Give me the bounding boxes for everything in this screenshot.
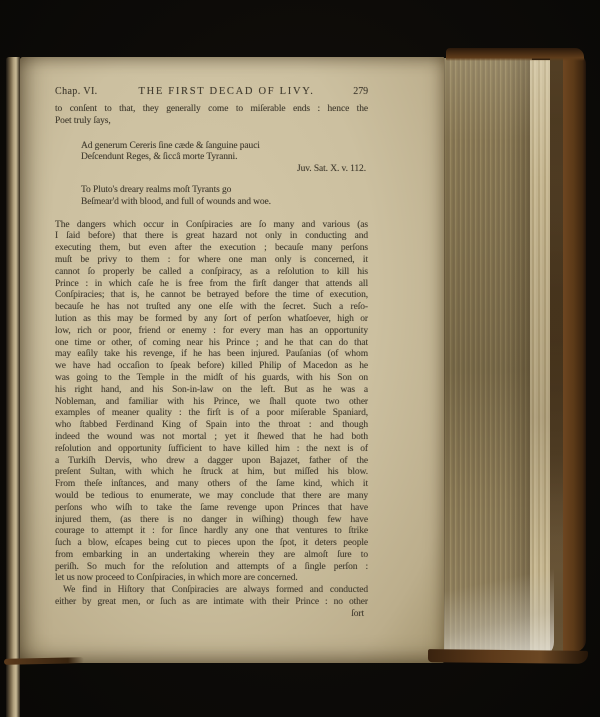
text-line: To Pluto's dreary realms moſt Tyrants go xyxy=(81,185,368,197)
text-line: courage to attempt it : for ſince hardly… xyxy=(55,526,368,538)
text-line: may eaſily take his revenge, if he has b… xyxy=(55,349,368,361)
leather-bottom-edge xyxy=(428,649,588,664)
text-line: one time or other, of coming near his Pr… xyxy=(55,338,368,350)
text-line: reſolution and opportunity ſufficient to… xyxy=(55,444,368,456)
text-line: perſons who wiſh to take the ſame reveng… xyxy=(55,503,368,515)
text-line: lution as this may be formed by any ſort… xyxy=(55,314,368,326)
english-verse: To Pluto's dreary realms moſt Tyrants go… xyxy=(81,185,368,209)
verse-citation: Juv. Sat. X. v. 112. xyxy=(55,164,368,176)
intro-lines: to conſent to that, they generally come … xyxy=(55,104,368,128)
text-line: Nobleman, and familiar with his Prince, … xyxy=(55,397,368,409)
text-line: cannot ſo properly be called a conſpirac… xyxy=(55,267,368,279)
text-line: was going to the Temple in the midſt of … xyxy=(55,373,368,385)
paragraph-2: We find in Hiſtory that Conſpiracies are… xyxy=(55,585,368,609)
leather-top-edge xyxy=(446,48,584,61)
book-fore-edge xyxy=(444,50,586,662)
paragraph-1: The dangers which occur in Conſpiracies … xyxy=(55,220,368,586)
page-header: Chap. VI. THE FIRST DECAD OF LIVY. 279 xyxy=(55,86,368,99)
running-title: THE FIRST DECAD OF LIVY. xyxy=(127,86,326,98)
text-line: would be tedious to enumerate, we may co… xyxy=(55,491,368,503)
text-line: examples of meaner quality : the firſt i… xyxy=(55,408,368,420)
text-line: From theſe inſtances, and many others of… xyxy=(55,479,368,491)
text-line: periſh. So much for the reſolution and a… xyxy=(55,562,368,574)
text-line: Conſpiracies; that is, he cannot be betr… xyxy=(55,290,368,302)
chapter-label: Chap. VI. xyxy=(55,86,127,98)
text-line: Poet truly ſays, xyxy=(55,116,368,128)
text-line: indeed the wound was not mortal ; yet it… xyxy=(55,432,368,444)
text-line: Beſmear'd with blood, and full of wounds… xyxy=(81,197,368,209)
text-line: a Turkiſh Dervis, who drew a dagger upon… xyxy=(55,456,368,468)
text-line: who ſtabbed Ferdinand King of Spain into… xyxy=(55,420,368,432)
leather-cover-edge xyxy=(563,54,586,652)
text-line: The dangers which occur in Conſpiracies … xyxy=(55,220,368,232)
page-number: 279 xyxy=(326,86,368,98)
text-line: I ſaid before) that there is great hazar… xyxy=(55,231,368,243)
page-corner-fan xyxy=(436,558,554,658)
facing-page-edge xyxy=(6,57,20,717)
text-line: muſt be privy to them : for where one ma… xyxy=(55,255,368,267)
latin-verse: Ad generum Cereris ſine cæde & ſanguine … xyxy=(81,141,368,165)
text-line: executing them, but even after the execu… xyxy=(55,243,368,255)
leather-bottom-left-edge xyxy=(4,657,84,665)
text-line: Prince : in which caſe he is free from t… xyxy=(55,279,368,291)
text-line: either by great men, or ſuch as are inti… xyxy=(55,597,368,609)
text-line: from embarking in an undertaking wherein… xyxy=(55,550,368,562)
page-content: Chap. VI. THE FIRST DECAD OF LIVY. 279 t… xyxy=(55,86,368,621)
text-line: ſuch a blow, eſcapes being cut to pieces… xyxy=(55,538,368,550)
text-line: Deſcendunt Reges, & ſiccâ morte Tyranni. xyxy=(81,152,368,164)
photo-background: Chap. VI. THE FIRST DECAD OF LIVY. 279 t… xyxy=(0,0,600,717)
text-line: preſent Sultan, with which he ſtruck at … xyxy=(55,467,368,479)
text-line: his right hand, and his Son-in-law on th… xyxy=(55,385,368,397)
text-line: to conſent to that, they generally come … xyxy=(55,104,368,116)
text-line: injured them, (as there is no danger in … xyxy=(55,515,368,527)
text-line: Ad generum Cereris ſine cæde & ſanguine … xyxy=(81,141,368,153)
book-page: Chap. VI. THE FIRST DECAD OF LIVY. 279 t… xyxy=(20,57,444,663)
text-line: becauſe he has not truſted any one elſe … xyxy=(55,302,368,314)
text-line: let us now proceed to Conſpiracies, in w… xyxy=(55,573,368,585)
text-line: We find in Hiſtory that Conſpiracies are… xyxy=(55,585,368,597)
text-line: low, rich or poor, friend or enemy : for… xyxy=(55,326,368,338)
catchword: ſort xyxy=(55,609,368,621)
text-line: we have had occaſion to ſpeak before) ki… xyxy=(55,361,368,373)
